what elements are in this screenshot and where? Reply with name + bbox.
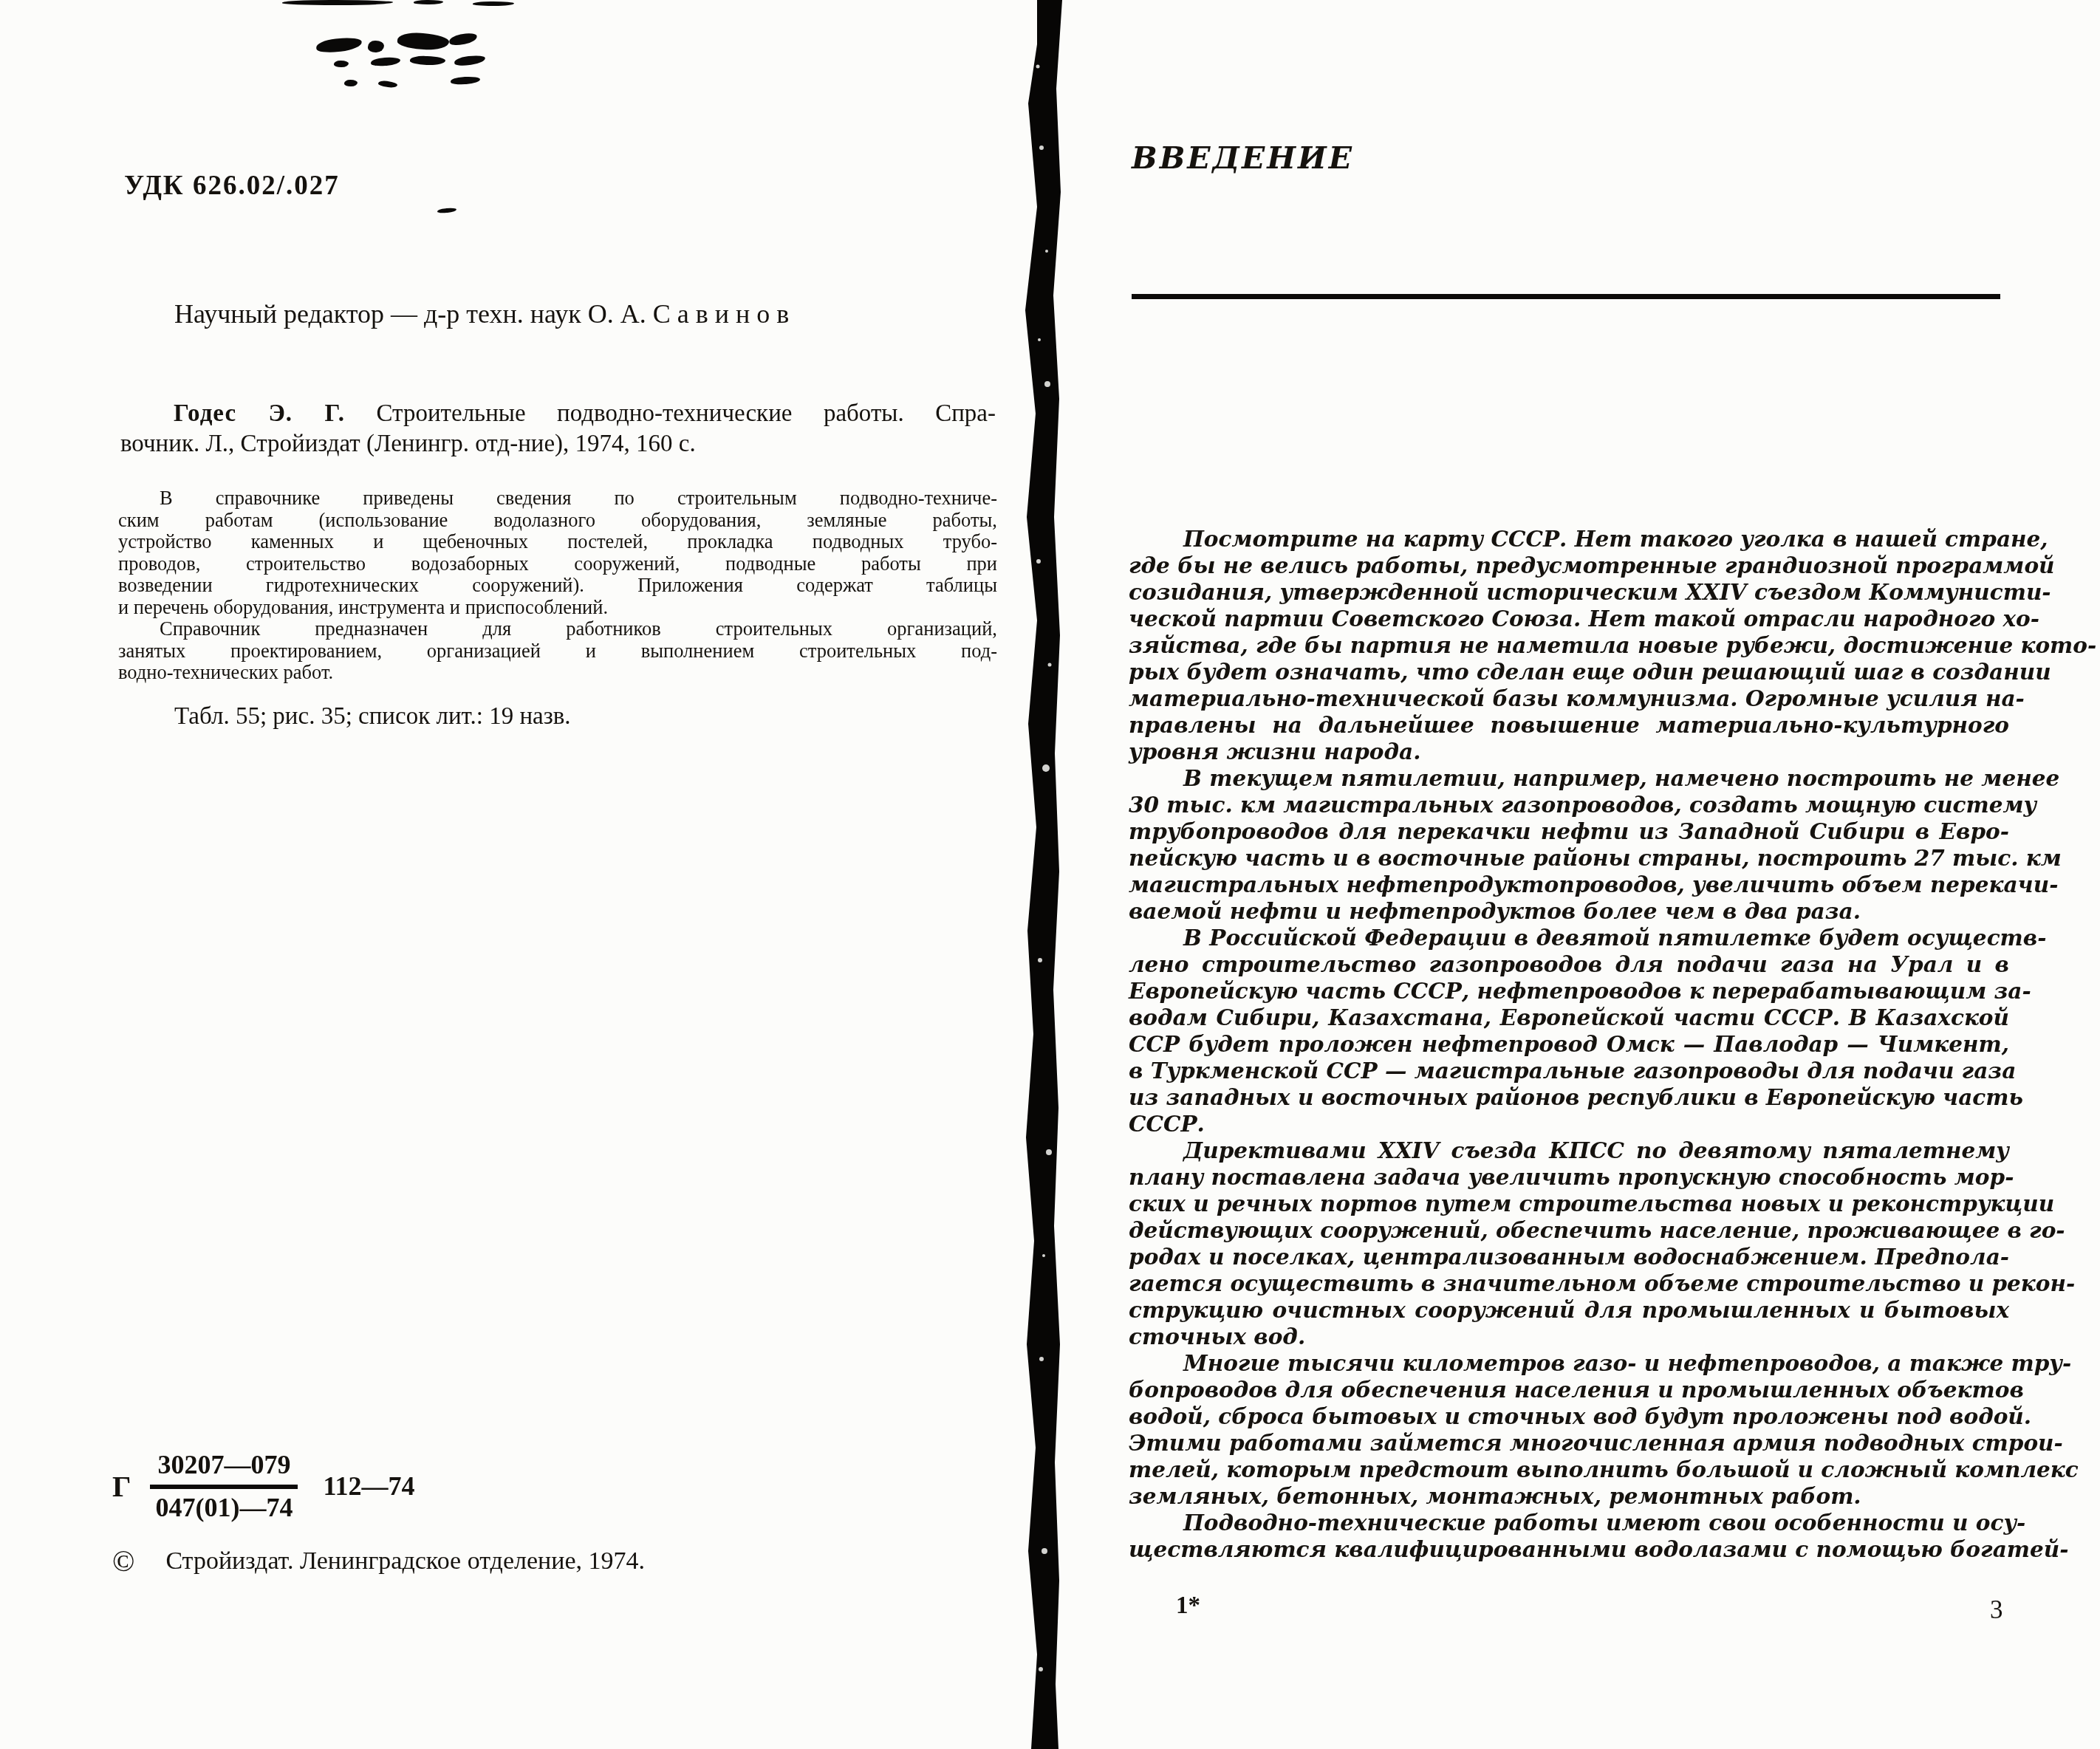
text-line: и перечень оборудования, инструмента и п… xyxy=(118,597,997,619)
text-line: ваемой нефти и нефтепродуктов более чем … xyxy=(1129,898,2009,925)
udk-number: УДК 626.02/.027 xyxy=(124,170,340,202)
chapter-heading: ВВЕДЕНИЕ xyxy=(1132,140,1354,176)
stats-line: Табл. 55; рис. 35; список лит.: 19 назв. xyxy=(174,703,571,730)
text-line: водой, сброса бытовых и сточных вод буду… xyxy=(1129,1403,2009,1430)
ink-smudge xyxy=(368,41,384,52)
text-line: гается осуществить в значительном объеме… xyxy=(1129,1270,2009,1297)
text-line: В справочнике приведены сведения по стро… xyxy=(118,487,997,510)
text-line: пейскую часть и в восточные районы стран… xyxy=(1129,845,2009,872)
text-line: трубопроводов для перекачки нефти из Зап… xyxy=(1129,818,2009,845)
page-number: 3 xyxy=(1990,1595,2003,1625)
catalog-number: Г 30207—079 047(01)—74 112—74 xyxy=(112,1449,414,1523)
text-line: Посмотрите на карту СССР. Нет такого уго… xyxy=(1129,526,2009,552)
ink-smudge xyxy=(397,32,449,52)
text-line: Подводно-технические работы имеют свои о… xyxy=(1129,1510,2009,1536)
introduction-text: Посмотрите на карту СССР. Нет такого уго… xyxy=(1129,526,2009,1563)
text-line: проводов, строительство водозаборных соо… xyxy=(118,553,997,575)
catalog-code: 112—74 xyxy=(323,1471,414,1502)
ink-smudge xyxy=(315,36,363,54)
text-line: устройство каменных и щебеночных постеле… xyxy=(118,531,997,553)
text-line: Многие тысячи километров газо- и нефтепр… xyxy=(1129,1350,2009,1377)
text-line: магистральных нефтепродуктопроводов, уве… xyxy=(1129,872,2009,898)
author-name: Годес Э. Г. xyxy=(174,400,345,427)
text-line: действующих сооружений, обеспечить насел… xyxy=(1129,1217,2009,1244)
ink-smudge xyxy=(334,61,349,67)
text-line: ческой партии Советского Союза. Нет тако… xyxy=(1129,606,2009,632)
catalog-numerator: 30207—079 xyxy=(150,1449,298,1489)
copyright-text: Стройиздат. Ленинградское отделение, 197… xyxy=(165,1547,645,1575)
catalog-fraction: 30207—079 047(01)—74 xyxy=(150,1449,298,1523)
text-line: лено строительство газопроводов для пода… xyxy=(1129,951,2009,978)
heading-rule xyxy=(1132,294,2000,299)
text-line: В Российской Федерации в девятой пятилет… xyxy=(1129,925,2009,951)
text-line: земляных, бетонных, монтажных, ремонтных… xyxy=(1129,1483,2009,1510)
text-line: ществляются квалифицированными водолазам… xyxy=(1129,1536,2009,1563)
text-line: Этими работами займется многочисленная а… xyxy=(1129,1430,2009,1457)
catalog-prefix: Г xyxy=(112,1469,131,1504)
text-line: зяйства, где бы партия не наметила новые… xyxy=(1129,632,2009,659)
citation-line: Годес Э. Г. Строительные подводно-технич… xyxy=(120,399,996,429)
ink-smudge xyxy=(410,55,445,66)
ink-smudge xyxy=(451,76,480,85)
ink-smudge xyxy=(378,80,398,89)
gutter-shadow-shape xyxy=(1019,0,1071,1749)
ink-smudge xyxy=(371,57,401,67)
signature-mark: 1* xyxy=(1176,1592,1200,1620)
ink-smudge xyxy=(414,0,443,4)
text-line: В текущем пятилетии, например, намечено … xyxy=(1129,765,2009,792)
text-line: созидания, утвержденной историческим XXI… xyxy=(1129,579,2009,606)
text-line: Директивами XXIV съезда КПСС по девятому… xyxy=(1129,1137,2009,1164)
text-line: бопроводов для обеспечения населения и п… xyxy=(1129,1377,2009,1403)
text-line: телей, которым предстоит выполнить больш… xyxy=(1129,1457,2009,1483)
text-line: уровня жизни народа. xyxy=(1129,739,2009,765)
ink-smudge xyxy=(454,54,485,66)
ink-smudge xyxy=(448,32,478,47)
text-line: занятых проектированием, организацией и … xyxy=(118,640,997,663)
citation-line: вочник. Л., Стройиздат (Ленингр. отд-ние… xyxy=(120,429,996,459)
text-line: ских и речных портов путем строительства… xyxy=(1129,1191,2009,1217)
editor-line: Научный редактор — д-р техн. наук О. А. … xyxy=(174,298,789,329)
copyright-line: © Стройиздат. Ленинградское отделение, 1… xyxy=(112,1544,645,1578)
ink-smudge xyxy=(437,208,456,213)
text-line: сточных вод. xyxy=(1129,1324,2009,1350)
text-line: правлены на дальнейшее повышение материа… xyxy=(1129,712,2009,739)
text-line: водам Сибири, Казахстана, Европейской ча… xyxy=(1129,1004,2009,1031)
text-line: Европейскую часть СССР, нефтепроводов к … xyxy=(1129,978,2009,1004)
annotation-block: В справочнике приведены сведения по стро… xyxy=(118,487,997,684)
text-line: материально-технической базы коммунизма.… xyxy=(1129,685,2009,712)
text-line: из западных и восточных районов республи… xyxy=(1129,1084,2009,1111)
text-line: плану поставлена задача увеличить пропус… xyxy=(1129,1164,2009,1191)
catalog-denominator: 047(01)—74 xyxy=(150,1489,298,1523)
page-gutter-shadow xyxy=(1019,0,1071,1749)
text-line: ским работам (использование водолазного … xyxy=(118,510,997,532)
bibliographic-citation: Годес Э. Г. Строительные подводно-технич… xyxy=(120,399,996,459)
ink-smudge xyxy=(344,80,358,86)
book-spread-scan: УДК 626.02/.027 Научный редактор — д-р т… xyxy=(0,0,2100,1749)
text-line: СССР. xyxy=(1129,1111,2009,1137)
text-line: возведении гидротехнических сооружений).… xyxy=(118,575,997,597)
citation-text: Строительные подводно-технические работы… xyxy=(345,400,996,427)
text-line: струкцию очистных сооружений для промышл… xyxy=(1129,1297,2009,1324)
text-line: водно-технических работ. xyxy=(118,662,997,684)
text-line: 30 тыс. км магистральных газопроводов, с… xyxy=(1129,792,2009,818)
text-line: рых будет означать, что сделан еще один … xyxy=(1129,659,2009,685)
ink-smudge xyxy=(473,1,514,6)
text-line: Справочник предназначен для работников с… xyxy=(118,618,997,640)
text-line: в Туркменской ССР — магистральные газопр… xyxy=(1129,1058,2009,1084)
ink-smudge xyxy=(282,0,393,5)
copyright-icon: © xyxy=(112,1544,134,1578)
text-line: где бы не велись работы, предусмотренные… xyxy=(1129,552,2009,579)
text-line: родах и поселках, централизованным водос… xyxy=(1129,1244,2009,1270)
text-line: ССР будет проложен нефтепровод Омск — Па… xyxy=(1129,1031,2009,1058)
